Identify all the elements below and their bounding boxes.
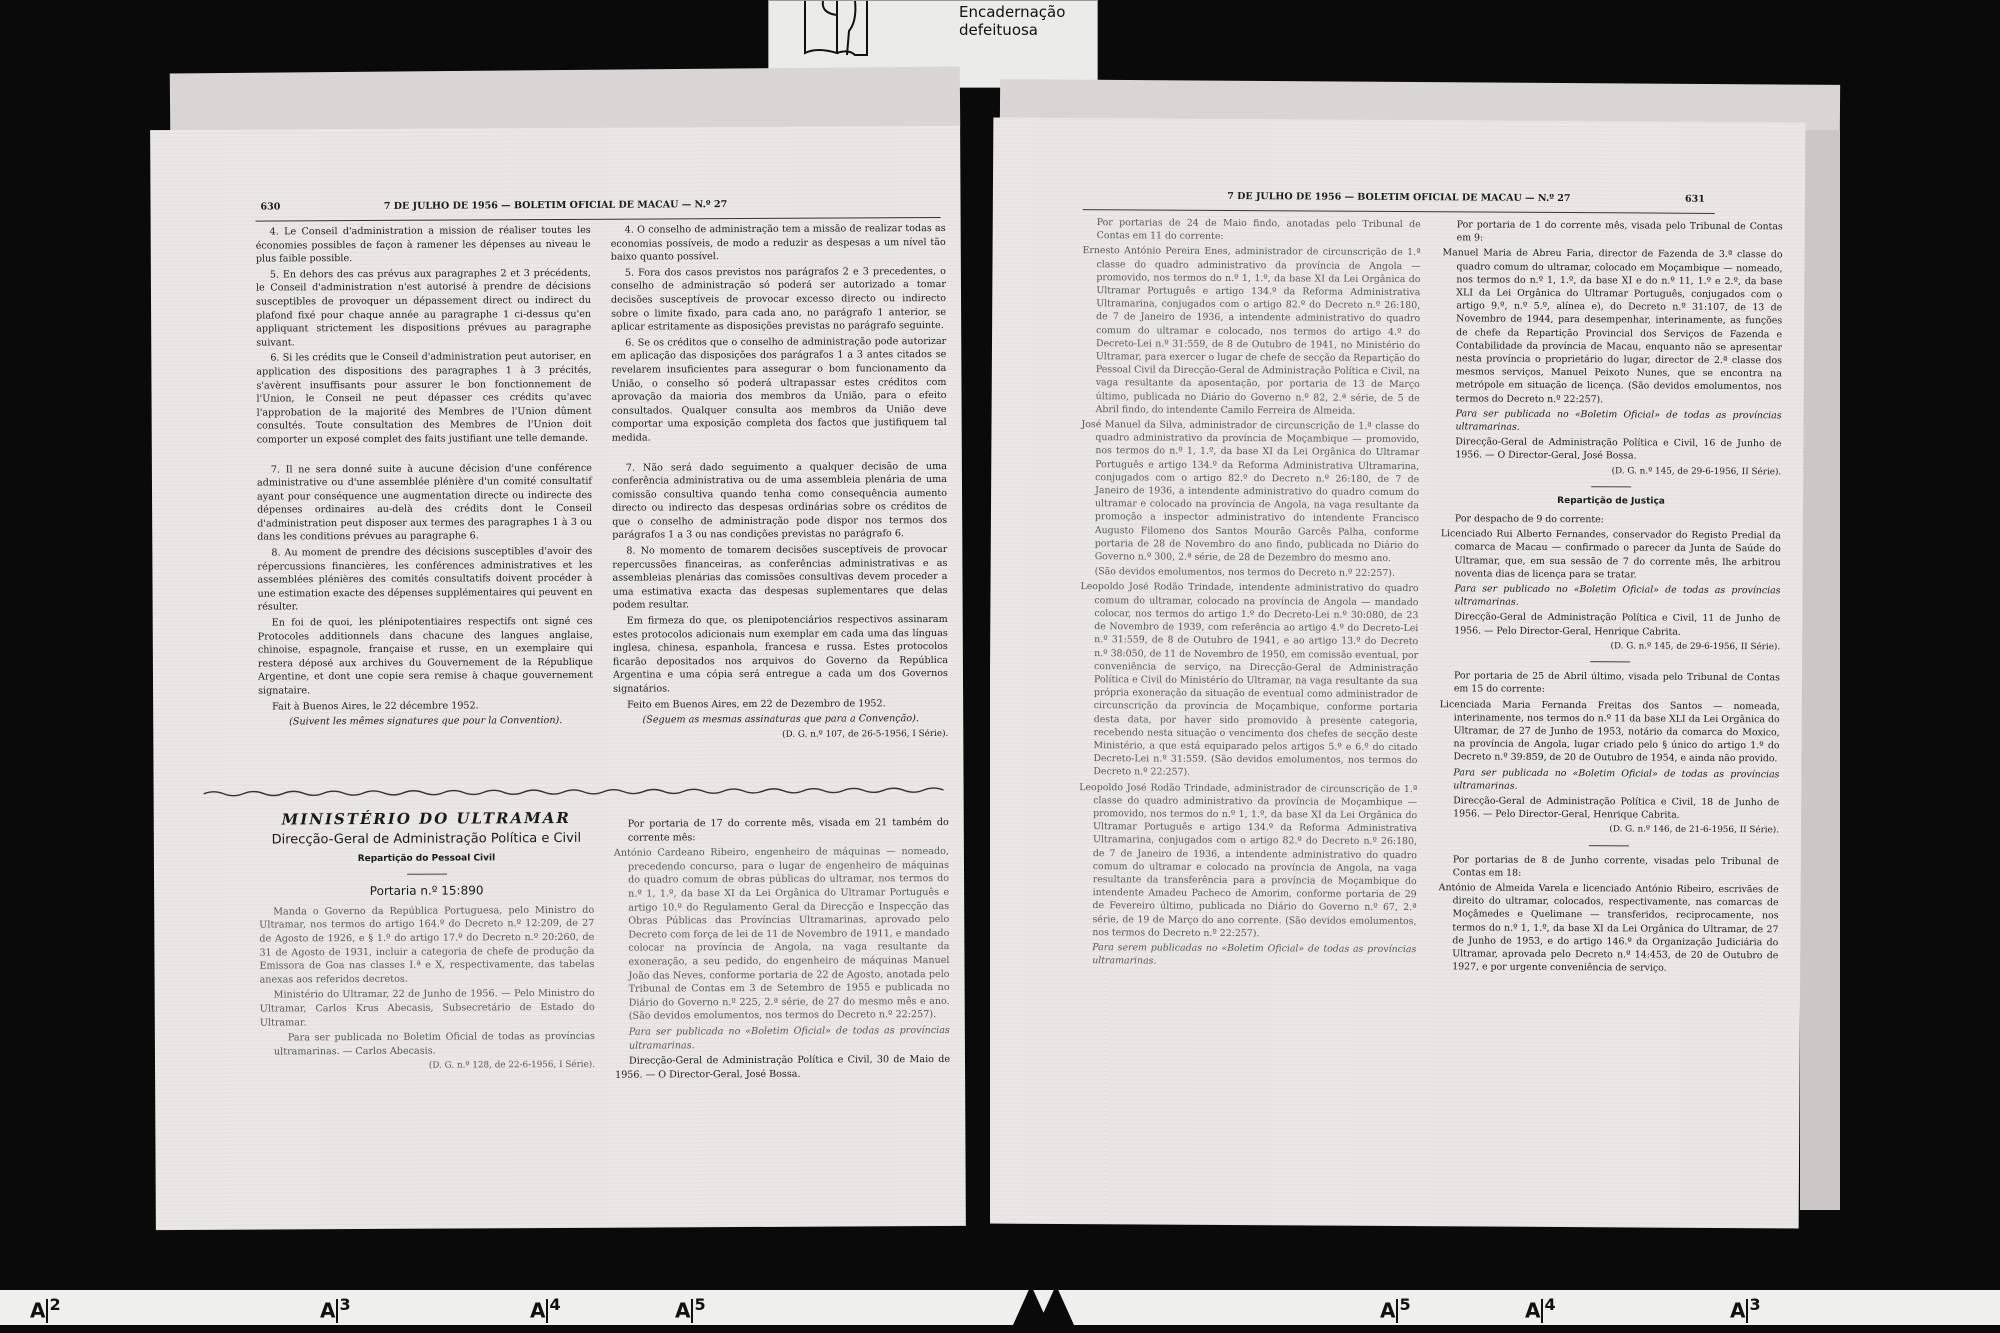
paragraph: Licenciado Rui Alberto Fernandes, conser… xyxy=(1441,528,1781,583)
portaria-body: Manda o Governo da República Portuguesa,… xyxy=(259,904,594,987)
film-marker: A2 xyxy=(30,1295,61,1323)
page-number: 631 xyxy=(1685,194,1705,205)
paragraph: Feito em Buenos Aires, em 22 de Dezembro… xyxy=(613,697,948,712)
paragraph: Para ser publicada no «Boletim Oficial» … xyxy=(1439,766,1779,794)
portuguese-column: 4. O conselho de administração tem a mis… xyxy=(611,222,949,745)
portaria-title: Portaria n.º 15:890 xyxy=(259,884,594,899)
paragraph: Ernesto António Pereira Enes, administra… xyxy=(1082,244,1421,418)
appointment-column: Por portaria de 17 do corrente mês, visa… xyxy=(614,816,950,1084)
paragraph: 5. En dehors des cas prévus aux paragrap… xyxy=(256,267,591,350)
paragraph: 8. Au moment de prendre des décisions su… xyxy=(257,545,592,615)
paragraph: Direcção-Geral de Administração Política… xyxy=(1439,794,1779,822)
ministry-title: MINISTÉRIO DO ULTRAMAR xyxy=(259,812,594,827)
short-rule xyxy=(407,874,447,875)
paragraph: (São devidos emolumentos, nos termos do … xyxy=(1081,565,1419,580)
department-heading: Repartição de Justiça xyxy=(1441,494,1781,509)
paragraph: 4. Le Conseil d'administration a mission… xyxy=(256,224,591,267)
signature-note: (Seguem as mesmas assinaturas que para a… xyxy=(613,712,948,727)
paragraph: Para ser publicado no «Boletim Oficial» … xyxy=(1440,582,1780,610)
notice-label: Encadernação defeituosa xyxy=(959,3,1097,39)
page-edge-right xyxy=(1800,130,1840,1210)
paragraph: En foi de quoi, les plénipotentiaires re… xyxy=(258,615,593,698)
film-marker: A3 xyxy=(320,1295,351,1323)
paragraph: 8. No momento de tomarem decisões suscep… xyxy=(612,543,947,613)
paragraph: (D. G. n.º 145, de 29-6-1956, II Série). xyxy=(1440,639,1780,654)
paragraph: 6. Si les crédits que le Conseil d'admin… xyxy=(256,350,591,447)
paragraph: 5. Fora dos casos previstos nos parágraf… xyxy=(611,265,946,335)
short-rule xyxy=(1590,661,1630,662)
paragraph: Em firmeza do que, os plenipotenciários … xyxy=(613,613,948,696)
paragraph: 6. Se os créditos que o conselho de admi… xyxy=(611,335,947,446)
paragraph: José Manuel da Silva, administrador de c… xyxy=(1081,418,1420,565)
film-marker: A5 xyxy=(1380,1295,1411,1323)
paragraph: 7. Não será dado seguimento a qualquer d… xyxy=(612,459,947,542)
left-page: 630 7 DE JULHO DE 1956 — BOLETIM OFICIAL… xyxy=(150,126,966,1230)
paragraph: Leopoldo José Rodão Trindade, intendente… xyxy=(1079,581,1418,781)
paragraph: (D. G. n.º 146, de 21-6-1956, II Série). xyxy=(1439,823,1779,838)
french-column: 4. Le Conseil d'administration a mission… xyxy=(256,224,594,732)
signature-note: (Suivent les mêmes signatures que pour l… xyxy=(258,714,593,729)
portaria-reference: (D. G. n.º 128, de 22-6-1956, I Série). xyxy=(260,1059,595,1074)
department-title: Repartição do Pessoal Civil xyxy=(259,851,594,866)
appointment-publication: Para ser publicada no «Boletim Oficial» … xyxy=(615,1024,950,1053)
paragraph: Por portarias de 8 de Junho corrente, vi… xyxy=(1439,853,1779,881)
directorate-title: Direcção-Geral de Administração Política… xyxy=(259,829,594,848)
book-gutter xyxy=(968,110,990,1230)
appointment-intro: Por portaria de 17 do corrente mês, visa… xyxy=(614,816,949,845)
portaria-signature: Ministério do Ultramar, 22 de Junho de 1… xyxy=(260,987,595,1030)
page-stack-left xyxy=(170,67,960,134)
film-marker: A5 xyxy=(675,1295,706,1323)
gazette-reference: (D. G. n.º 107, de 26-5-1956, I Série). xyxy=(613,728,948,743)
center-notch-right xyxy=(1038,1285,1074,1325)
short-rule xyxy=(1591,486,1631,487)
paragraph: Direcção-Geral de Administração Política… xyxy=(1440,611,1780,639)
paragraph: Licenciada Maria Fernanda Freitas dos Sa… xyxy=(1439,698,1779,766)
section-divider xyxy=(204,786,944,798)
right-column-1: Por portarias de 24 de Maio findo, anota… xyxy=(1078,216,1421,971)
right-page: 7 DE JULHO DE 1956 — BOLETIM OFICIAL DE … xyxy=(987,118,1806,1229)
ministry-column: MINISTÉRIO DO ULTRAMAR Direcção-Geral de… xyxy=(259,806,595,1077)
paragraph: Fait à Buenos Aires, le 22 décembre 1952… xyxy=(258,698,593,713)
paragraph: 4. O conselho de administração tem a mis… xyxy=(611,222,946,265)
running-title: 7 DE JULHO DE 1956 — BOLETIM OFICIAL DE … xyxy=(151,198,961,213)
short-rule xyxy=(1589,845,1629,846)
paragraph: (D. G. n.º 145, de 29-6-1956, II Série). xyxy=(1441,464,1781,479)
film-marker: A4 xyxy=(1525,1295,1556,1323)
running-title: 7 DE JULHO DE 1956 — BOLETIM OFICIAL DE … xyxy=(993,190,1805,206)
paragraph: António de Almeida Varela e licenciado A… xyxy=(1438,881,1779,975)
paragraph: Por portarias de 24 de Maio findo, anota… xyxy=(1083,216,1421,244)
right-column-2: Por portaria de 1 do corrente mês, visad… xyxy=(1438,218,1783,977)
paragraph: Por portaria de 25 de Abril último, visa… xyxy=(1440,669,1780,697)
film-marker: A4 xyxy=(530,1295,561,1323)
portaria-publication: Para ser publicada no Boletim Oficial de… xyxy=(260,1030,595,1059)
paragraph: Por portaria de 1 do corrente mês, visad… xyxy=(1443,218,1783,246)
film-marker: A3 xyxy=(1730,1295,1761,1323)
appointment-body: António Cardeano Ribeiro, engenheiro de … xyxy=(614,845,950,1023)
appointment-signature: Direcção-Geral de Administração Política… xyxy=(615,1053,950,1082)
paragraph: Por despacho de 9 do corrente: xyxy=(1441,512,1781,527)
paragraph: 7. Il ne sera donné suite à aucune décis… xyxy=(257,461,592,544)
paragraph: Manuel Maria de Abreu Faria, director de… xyxy=(1442,247,1783,408)
paragraph: Leopoldo José Rodão Trindade, administra… xyxy=(1078,781,1417,941)
torn-page-icon xyxy=(803,1,869,57)
paragraph: Para serem publicadas no «Boletim Oficia… xyxy=(1078,941,1416,969)
paragraph: Direcção-Geral de Administração Política… xyxy=(1441,436,1781,464)
paragraph: Para ser publicada no «Boletim Oficial» … xyxy=(1441,407,1781,435)
film-marker-strip xyxy=(0,1290,2000,1325)
